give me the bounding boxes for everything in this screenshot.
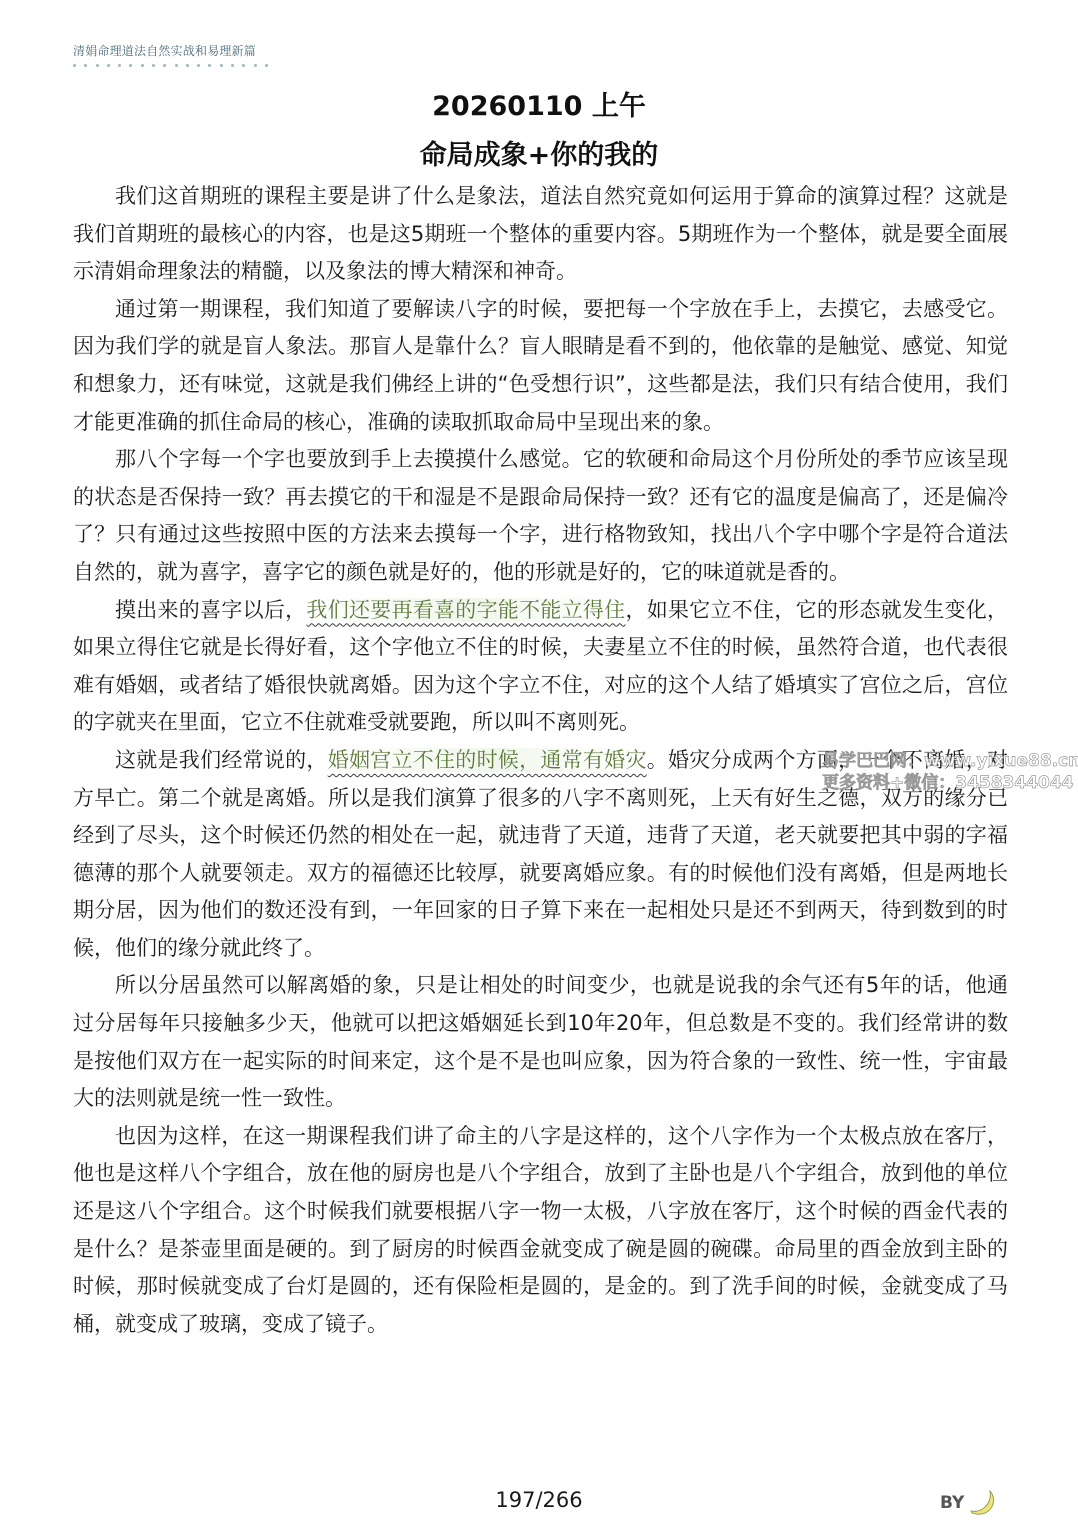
page-title-topic: 命局成象+你的我的 <box>0 133 1078 172</box>
paragraph-2: 通过第一期课程，我们知道了要解读八字的时候，要把每一个字放在手上，去摸它，去感受… <box>73 291 1008 441</box>
paragraph-1: 我们这首期班的课程主要是讲了什么是象法，道法自然究竟如何运用于算命的演算过程？这… <box>73 178 1008 291</box>
by-signature: BY <box>940 1488 998 1518</box>
document-body: 我们这首期班的课程主要是讲了什么是象法，道法自然究竟如何运用于算命的演算过程？这… <box>73 178 1008 1343</box>
paragraph-5-lead: 这就是我们经常说的， <box>115 748 328 772</box>
paragraph-4: 摸出来的喜字以后，我们还要再看喜的字能不能立得住，如果它立不住，它的形态就发生变… <box>73 592 1008 742</box>
crescent-moon-icon <box>968 1488 998 1518</box>
page-number: 197/266 <box>0 1488 1078 1512</box>
header-dotted-divider <box>73 64 268 70</box>
highlighted-phrase: 婚姻宫立不住的时候，通常有婚灾 <box>328 748 647 772</box>
paragraph-6: 所以分居虽然可以解离婚的象，只是让相处的时间变少，也就是说我的余气还有5年的话，… <box>73 967 1008 1117</box>
paragraph-7: 也因为这样，在这一期课程我们讲了命主的八字是这样的，这个八字作为一个太极点放在客… <box>73 1118 1008 1344</box>
paragraph-4-lead: 摸出来的喜字以后， <box>115 598 306 622</box>
by-label: BY <box>940 1493 964 1513</box>
paragraph-3: 那八个字每一个字也要放到手上去摸摸什么感觉。它的软硬和命局这个月份所处的季节应该… <box>73 441 1008 591</box>
highlighted-phrase: 我们还要再看喜的字能不能立得住 <box>306 598 625 622</box>
paragraph-5-rest: 。婚灾分成两个方面，一个不离婚，对方早亡。第二个就是离婚。所以是我们演算了很多的… <box>73 748 1008 960</box>
paragraph-5: 这就是我们经常说的，婚姻宫立不住的时候，通常有婚灾。婚灾分成两个方面，一个不离婚… <box>73 742 1008 968</box>
header-brand: 清娟命理道法自然实战和易理新篇 <box>73 42 256 59</box>
page-title-date: 20260110 上午 <box>0 84 1078 123</box>
